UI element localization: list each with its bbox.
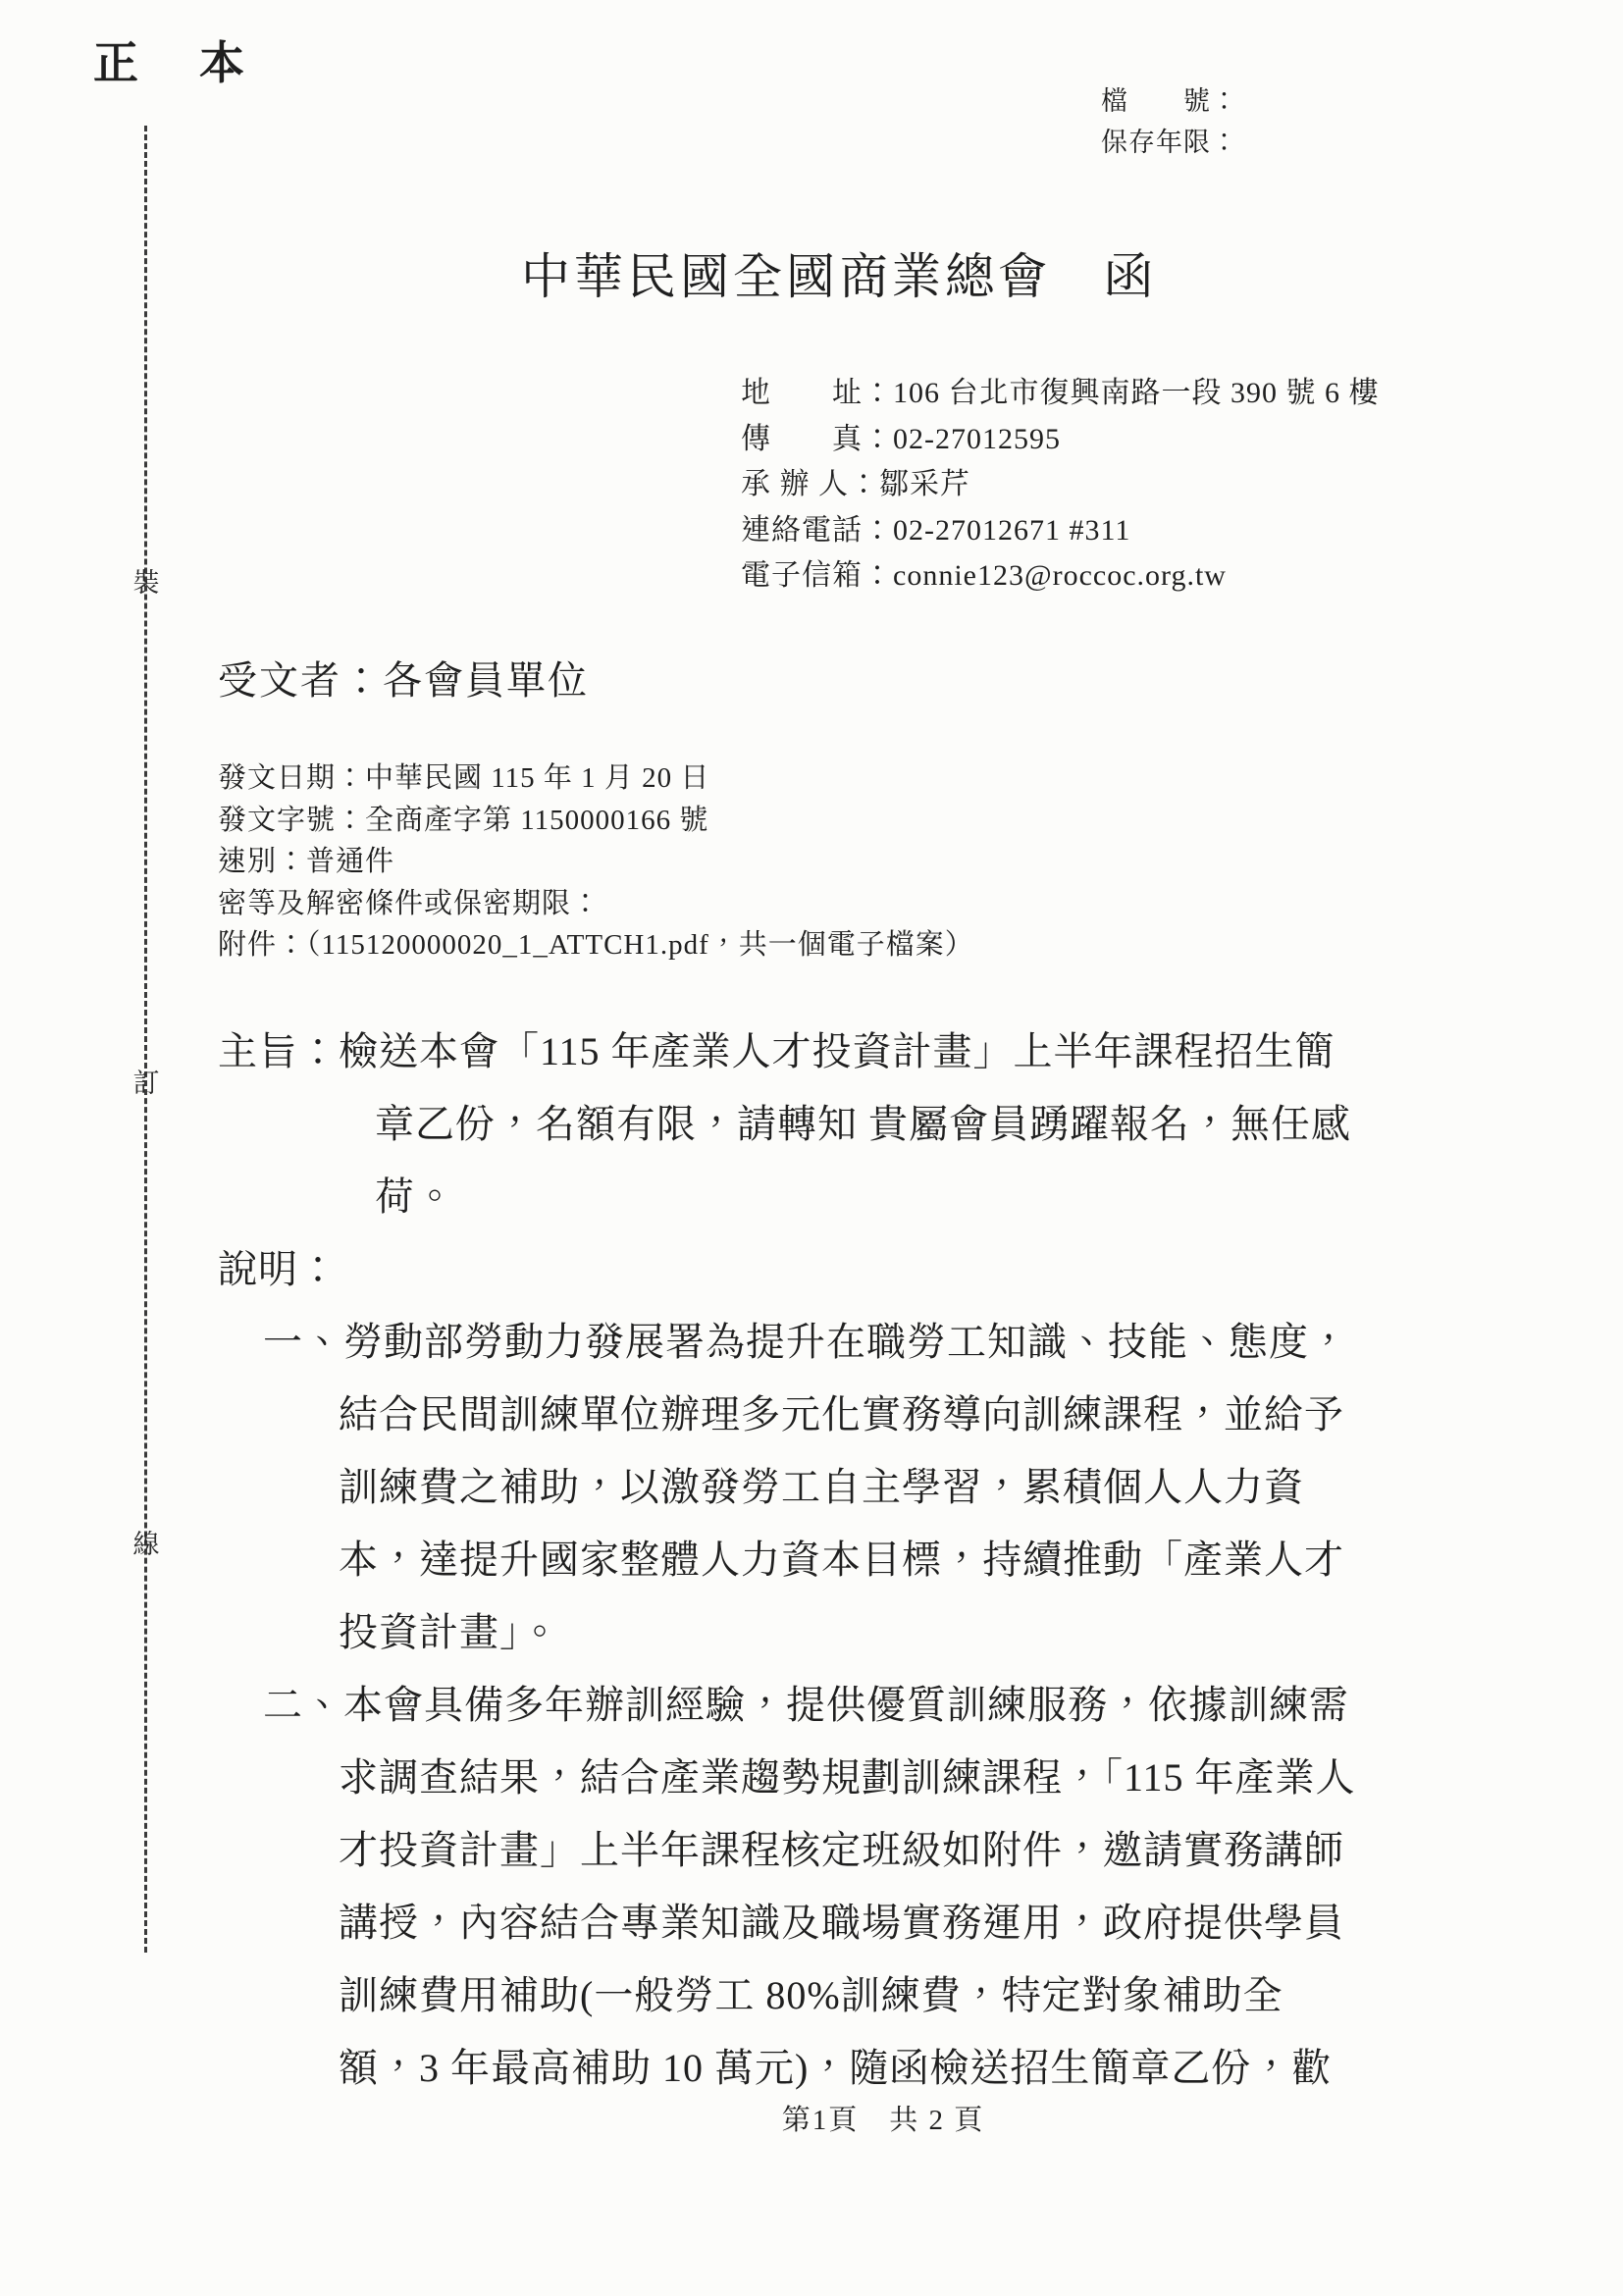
binding-mark-xian: 線 [127,1523,166,1561]
explanation-item-2-line: 求調查結果，結合產業趨勢規劃訓練課程，「115 年產業人 [218,1742,1523,1814]
dispatch-meta-block: 發文日期：中華民國 115 年 1 月 20 日 發文字號：全商產字第 1150… [218,757,974,966]
speed-class-line: 速別：普通件 [218,841,974,883]
file-reference-block: 檔 號： 保存年限： [1101,80,1238,163]
dispatch-number-line: 發文字號：全商產字第 1150000166 號 [218,800,974,842]
retention-period-label: 保存年限： [1101,122,1238,163]
sender-contact-block: 地 址：106 台北市復興南路一段 390 號 6 樓 傳 真：02-27012… [741,371,1380,600]
subject-line: 荷。 [218,1161,1523,1233]
subject-line: 章乙份，名額有限，請轉知 貴屬會員踴躍報名，無任感 [218,1088,1523,1161]
copy-type-stamp: 正 本 [93,27,252,92]
explanation-heading: 說明： [218,1233,1523,1306]
explanation-item-1-line: 訓練費之補助，以激發勞工自主學習，累積個人人力資 [218,1451,1523,1524]
explanation-item-2-line: 訓練費用補助(一般勞工 80%訓練費，特定對象補助全 [218,1959,1523,2032]
contact-email-line: 電子信箱：connie123@roccoc.org.tw [741,553,1380,600]
official-letter-page: 正 本 檔 號： 保存年限： 裝 訂 線 中華民國全國商業總會 函 地 址：10… [0,0,1623,2296]
explanation-item-2-line: 額，3 年最高補助 10 萬元)，隨函檢送招生簡章乙份，歡 [218,2032,1523,2105]
contact-phone-line: 連絡電話：02-27012671 #311 [741,508,1380,554]
explanation-item-1-line: 本，達提升國家整體人力資本目標，持續推動「產業人才 [218,1524,1523,1596]
contact-address-line: 地 址：106 台北市復興南路一段 390 號 6 樓 [741,371,1380,417]
recipient-line: 受文者：各會員單位 [218,650,589,705]
explanation-item-2-line: 二、本會具備多年辦訓經驗，提供優質訓練服務，依據訓練需 [218,1669,1523,1742]
page-number-footer: 第1頁 共 2 頁 [72,2098,1623,2138]
attachment-line: 附件：（115120000020_1_ATTCH1.pdf，共一個電子檔案） [218,924,974,966]
explanation-item-1-line: 投資計畫」。 [218,1596,1523,1669]
file-number-label: 檔 號： [1101,80,1238,122]
document-title: 中華民國全國商業總會 函 [27,237,1623,308]
item-2-marker: 二、 [263,1683,343,1727]
explanation-item-1-line: 結合民間訓練單位辦理多元化實務導向訓練課程，並給予 [218,1379,1523,1451]
item-1-marker: 一、 [263,1320,343,1364]
item-2-text: 本會具備多年辦訓經驗，提供優質訓練服務，依據訓練需 [343,1683,1349,1727]
security-class-line: 密等及解密條件或保密期限： [218,883,974,925]
dispatch-date-line: 發文日期：中華民國 115 年 1 月 20 日 [218,757,974,800]
contact-person-line: 承 辦 人：鄒采芹 [741,462,1380,508]
explanation-item-2-line: 才投資計畫」上半年課程核定班級如附件，邀請實務講師 [218,1814,1523,1887]
subject-line: 主旨：檢送本會「115 年產業人才投資計畫」上半年課程招生簡 [218,1016,1523,1088]
item-1-text: 勞動部勞動力發展署為提升在職勞工知識、技能、態度， [343,1320,1349,1364]
binding-mark-zhuang: 裝 [127,561,166,600]
letter-body: 主旨：檢送本會「115 年產業人才投資計畫」上半年課程招生簡 章乙份，名額有限，… [218,1016,1523,2105]
contact-fax-line: 傳 真：02-27012595 [741,417,1380,463]
binding-mark-ding: 訂 [127,1062,166,1100]
binding-dashed-line [144,126,147,1953]
explanation-item-2-line: 講授，內容結合專業知識及職場實務運用，政府提供學員 [218,1887,1523,1959]
explanation-item-1-line: 一、勞動部勞動力發展署為提升在職勞工知識、技能、態度， [218,1306,1523,1379]
